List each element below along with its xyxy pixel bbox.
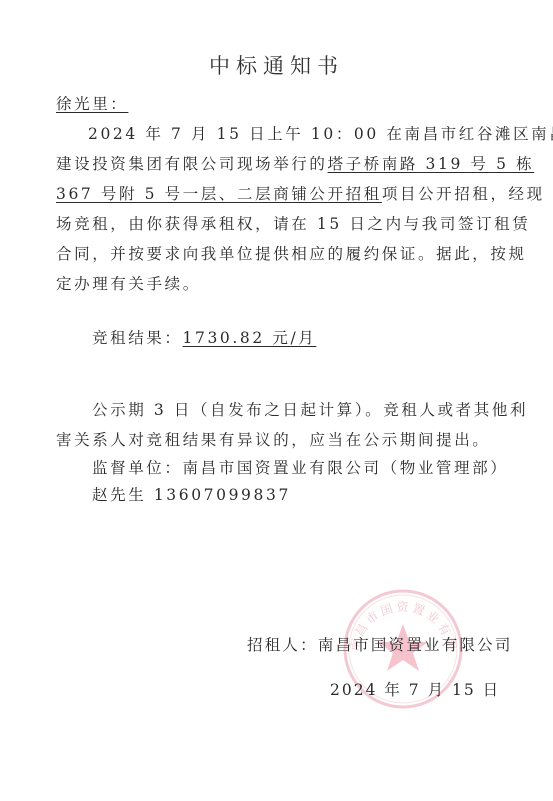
supervisor-label: 监督单位：: [92, 459, 183, 477]
body-line-6: 定办理有关手续。: [56, 274, 201, 294]
document-title: 中标通知书: [0, 50, 553, 80]
signature-label: 招租人：: [247, 636, 318, 654]
contact-line: 赵先生 13607099837: [92, 485, 291, 505]
body-line-5: 合同，并按要求向我单位提供相应的履约保证。据此，按规: [56, 244, 527, 264]
signature-date: 2024 年 7 月 15 日: [330, 680, 500, 700]
signature-line: 招租人：南昌市国资置业有限公司: [247, 635, 513, 655]
body-line-1: 2024 年 7 月 15 日上午 10：00 在南昌市红谷滩区南昌市: [88, 124, 553, 144]
body-line-3-suffix: 项目公开招租，经现: [382, 185, 545, 203]
notice-line-1: 公示期 3 日（自发布之日起计算）。竞租人或者其他利: [92, 400, 528, 420]
notice-line-2: 害关系人对竞租结果有异议的，应当在公示期间提出。: [56, 430, 490, 450]
body-line-2-prefix: 建设投资集团有限公司现场举行的: [56, 155, 328, 173]
recipient-name: 徐光里：: [56, 94, 128, 114]
result-value: 1730.82 元/月: [183, 329, 317, 347]
body-line-2: 建设投资集团有限公司现场举行的塔子桥南路 319 号 5 栋: [56, 154, 534, 174]
result-label: 竞租结果：: [92, 329, 183, 347]
body-line-4: 场竞租，由你获得承租权，请在 15 日之内与我司签订租赁: [56, 214, 530, 234]
body-line-3: 367 号附 5 号一层、二层商铺公开招租项目公开招租，经现: [56, 184, 545, 204]
property-address-part-2: 367 号附 5 号一层、二层商铺公开招租: [56, 185, 382, 203]
property-address-part-1: 塔子桥南路 319 号 5 栋: [328, 155, 535, 173]
supervisor-value: 南昌市国资置业有限公司（物业管理部）: [183, 459, 509, 477]
result-line: 竞租结果：1730.82 元/月: [92, 328, 316, 348]
supervisor-line: 监督单位：南昌市国资置业有限公司（物业管理部）: [92, 458, 508, 478]
signature-company: 南昌市国资置业有限公司: [318, 636, 513, 654]
